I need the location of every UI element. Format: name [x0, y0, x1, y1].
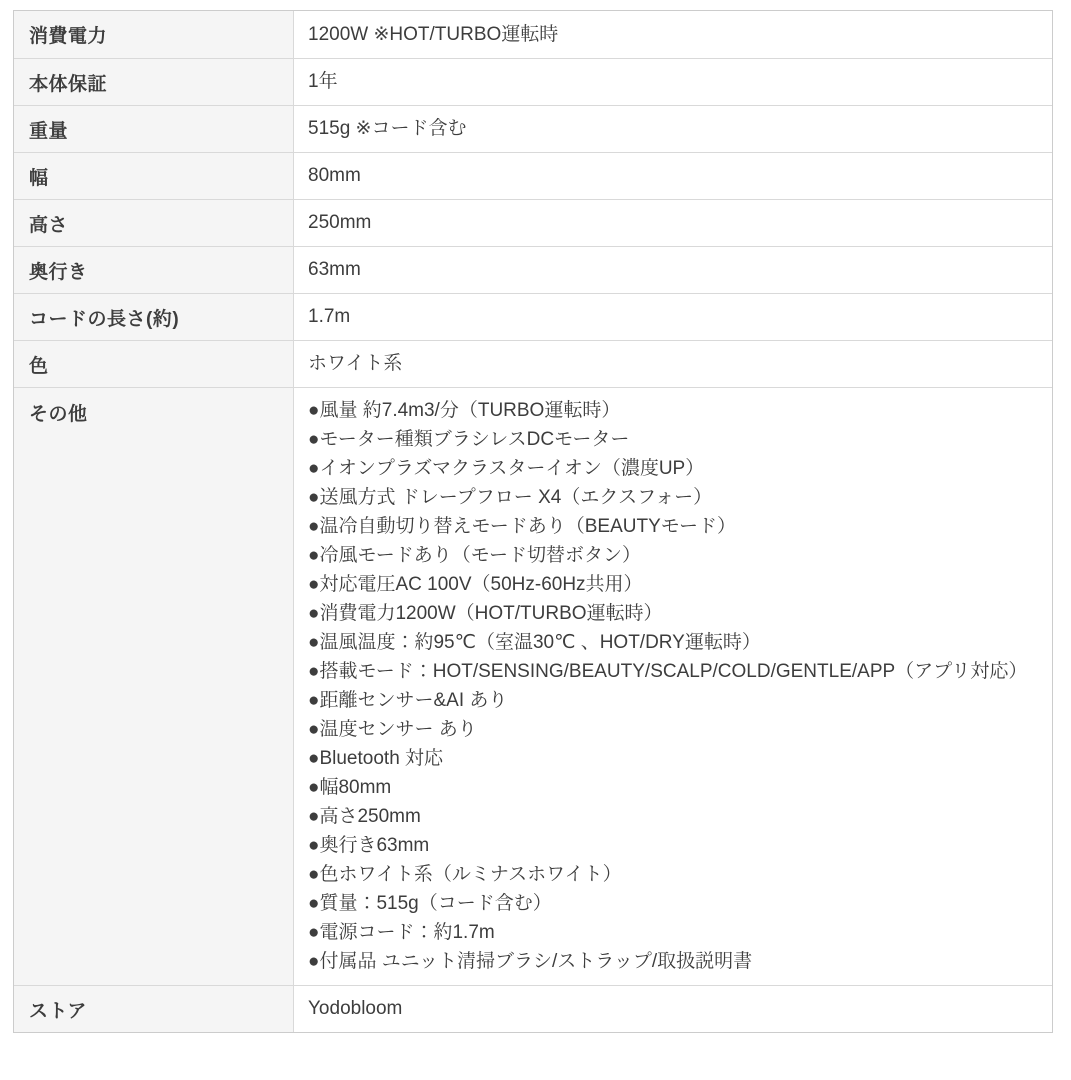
spec-row: 色 ホワイト系 — [14, 340, 1052, 387]
spec-row-label: 重量 — [14, 106, 294, 152]
spec-list-item: ●消費電力1200W（HOT/TURBO運転時） — [308, 599, 1038, 628]
spec-row: 重量 515g ※コード含む — [14, 105, 1052, 152]
spec-row-value: 1.7m — [294, 294, 1052, 340]
spec-list-item: ●イオンプラズマクラスターイオン（濃度UP） — [308, 454, 1038, 483]
spec-row-value: ホワイト系 — [294, 341, 1052, 387]
spec-row-value: ●風量 約7.4m3/分（TURBO運転時）●モーター種類ブラシレスDCモーター… — [294, 388, 1052, 985]
spec-row: コードの長さ(約) 1.7m — [14, 293, 1052, 340]
spec-list-item: ●電源コード：約1.7m — [308, 918, 1038, 947]
spec-row-value: 80mm — [294, 153, 1052, 199]
spec-row: その他 ●風量 約7.4m3/分（TURBO運転時）●モーター種類ブラシレスDC… — [14, 387, 1052, 985]
spec-row-label: その他 — [14, 388, 294, 985]
spec-row-value: 250mm — [294, 200, 1052, 246]
spec-list-item: ●幅80mm — [308, 773, 1038, 802]
spec-row: 本体保証 1年 — [14, 58, 1052, 105]
spec-list-item: ●温風温度：約95℃（室温30℃ 、HOT/DRY運転時） — [308, 628, 1038, 657]
spec-row-label: 消費電力 — [14, 11, 294, 58]
spec-list-item: ●搭載モード：HOT/SENSING/BEAUTY/SCALP/COLD/GEN… — [308, 657, 1038, 686]
spec-row-value: Yodobloom — [294, 986, 1052, 1032]
spec-list-item: ●距離センサー&AI あり — [308, 686, 1038, 715]
spec-row-label: ストア — [14, 986, 294, 1032]
spec-row: ストア Yodobloom — [14, 985, 1052, 1032]
spec-row: 消費電力 1200W ※HOT/TURBO運転時 — [14, 11, 1052, 58]
spec-list-item: ●モーター種類ブラシレスDCモーター — [308, 425, 1038, 454]
spec-list-item: ●付属品 ユニット清掃ブラシ/ストラップ/取扱説明書 — [308, 947, 1038, 976]
spec-row-label: 奥行き — [14, 247, 294, 293]
spec-row-value: 1200W ※HOT/TURBO運転時 — [294, 11, 1052, 58]
spec-list-item: ●対応電圧AC 100V（50Hz-60Hz共用） — [308, 570, 1038, 599]
spec-list-item: ●高さ250mm — [308, 802, 1038, 831]
spec-list-item: ●色ホワイト系（ルミナスホワイト） — [308, 860, 1038, 889]
spec-row-label: 高さ — [14, 200, 294, 246]
spec-row: 幅 80mm — [14, 152, 1052, 199]
spec-list-item: ●温冷自動切り替えモードあり（BEAUTYモード） — [308, 512, 1038, 541]
spec-list-item: ●冷風モードあり（モード切替ボタン） — [308, 541, 1038, 570]
spec-row: 奥行き 63mm — [14, 246, 1052, 293]
spec-row-value: 1年 — [294, 59, 1052, 105]
spec-list-item: ●風量 約7.4m3/分（TURBO運転時） — [308, 396, 1038, 425]
spec-row: 高さ 250mm — [14, 199, 1052, 246]
product-spec-table: 消費電力 1200W ※HOT/TURBO運転時 本体保証 1年 重量 515g… — [13, 10, 1053, 1033]
spec-list-item: ●質量：515g（コード含む） — [308, 889, 1038, 918]
spec-row-label: コードの長さ(約) — [14, 294, 294, 340]
spec-list-item: ●奥行き63mm — [308, 831, 1038, 860]
spec-row-value: 63mm — [294, 247, 1052, 293]
spec-row-value: 515g ※コード含む — [294, 106, 1052, 152]
spec-row-label: 本体保証 — [14, 59, 294, 105]
spec-row-label: 色 — [14, 341, 294, 387]
spec-row-label: 幅 — [14, 153, 294, 199]
spec-list-item: ●温度センサー あり — [308, 715, 1038, 744]
spec-list-item: ●送風方式 ドレープフロー X4（エクスフォー） — [308, 483, 1038, 512]
spec-list-item: ●Bluetooth 対応 — [308, 744, 1038, 773]
